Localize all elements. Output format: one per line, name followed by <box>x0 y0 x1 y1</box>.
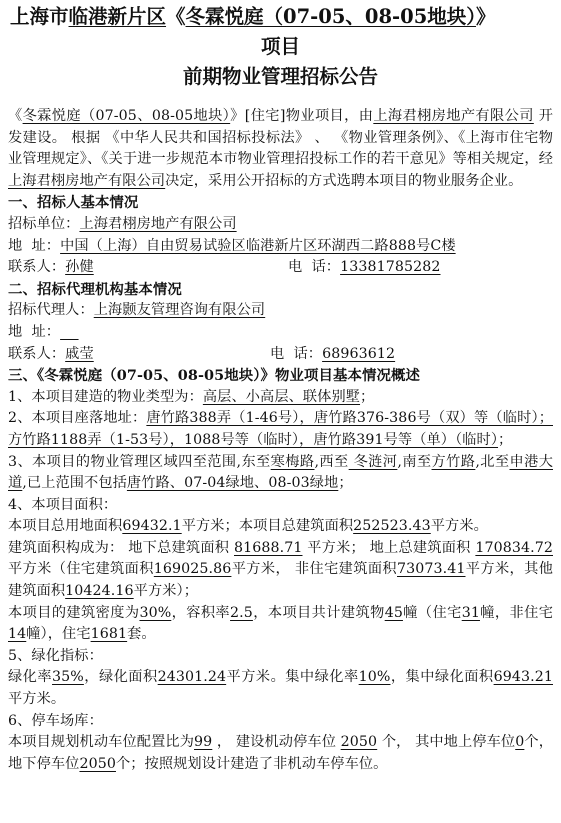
central-green-area-value: 6943.21 <box>494 669 553 685</box>
density-text: 套。 <box>127 626 156 642</box>
area-text: 平方米）； <box>134 583 198 599</box>
section-2-heading: 二、招标代理机构基本情况 <box>8 279 553 301</box>
parking-text: 个， 其中地上停车位 <box>377 734 515 750</box>
item-4-area-breakdown: 建筑面积构成为： 地下总建筑面积 81688.71 平方米； 地上总建筑面积 1… <box>8 538 553 603</box>
density-text: ，本项目共计建筑物 <box>253 605 385 621</box>
boundary-excluded: 唐竹路、07-04绿地、08-03绿地 <box>127 475 338 491</box>
tenderer-unit-label: 招标单位： <box>8 216 79 232</box>
green-text: 平方米。 <box>8 691 65 707</box>
title-district: 临港新片区 <box>69 5 167 28</box>
agent-address-value <box>60 324 78 340</box>
item-3-text: ,西至 <box>315 454 349 470</box>
agent-address-label: 地 址： <box>8 324 60 340</box>
area-text: 平方米；本项目总建筑面积 <box>182 518 353 534</box>
item-4-label: 4、本项目面积： <box>8 495 553 517</box>
above-ground-spaces: 0 <box>515 734 524 750</box>
item-5-label: 5、绿化指标： <box>8 646 553 668</box>
title-line-2: 项目 <box>8 32 553 62</box>
agent-contact-row: 联系人：戚莹 电 话：68963612 <box>8 344 553 366</box>
area-text: 本项目总用地面积 <box>8 518 122 534</box>
intro-text-3: 决定，采用公开招标的方式选聘本项目的物业服务企业。 <box>165 173 522 189</box>
document-body: 《冬霖悦庭（07-05、08-05地块）》[住宅]物业项目，由上海君栩房地产有限… <box>8 106 553 775</box>
agent-phone: 电 话：68963612 <box>270 344 395 366</box>
item-6-label: 6、停车场库： <box>8 711 553 733</box>
item-1-label: 1、本项目建造的物业类型为： <box>8 389 203 405</box>
building-count-value: 45 <box>385 605 403 621</box>
intro-text-1: 》[住宅]物业项目，由 <box>230 108 373 124</box>
agent-address-row: 地 址： <box>8 322 553 344</box>
title-bracket-close: 》 <box>476 5 496 28</box>
tenderer-phone-label: 电 话： <box>288 259 340 275</box>
intro-paragraph: 《冬霖悦庭（07-05、08-05地块）》[住宅]物业项目，由上海君栩房地产有限… <box>8 106 553 192</box>
tenderer-contact-label: 联系人： <box>8 259 65 275</box>
item-3-text: ； <box>338 475 352 491</box>
boundary-south: 方竹路 <box>432 454 476 470</box>
item-6-parking: 本项目规划机动车位配置比为99 ， 建设机动停车位 2050 个， 其中地上停车… <box>8 732 553 775</box>
density-text: 幢（住宅 <box>403 605 462 621</box>
area-text: 平方米（住宅建筑面积 <box>8 561 154 577</box>
tender-notice-page: 上海市临港新片区《冬霖悦庭（07-05、08-05地块）》 项目 前期物业管理招… <box>0 2 561 823</box>
agent-contact: 联系人：戚莹 <box>8 344 270 366</box>
agent-label: 招标代理人： <box>8 302 94 318</box>
boundary-west: 冬涟河 <box>349 454 398 470</box>
parking-text: 本项目规划机动车位配置比为 <box>8 734 194 750</box>
item-3-boundaries: 3、本项目的物业管理区域四至范围,东至寒梅路,西至 冬涟河,南至方竹路,北至申港… <box>8 452 553 495</box>
area-text: 平方米。 <box>431 518 488 534</box>
tenderer-contact-value: 孙健 <box>65 259 94 275</box>
total-building-area-value: 252523.43 <box>353 518 431 534</box>
area-text: 建筑面积构成为： 地下总建筑面积 <box>8 540 234 556</box>
section-1-heading: 一、招标人基本情况 <box>8 192 553 214</box>
tenderer-address-value: 中国（上海）自由贸易试验区临港新片区环湖西二路888号C楼 <box>60 238 456 254</box>
item-3-text: ,北至 <box>475 454 509 470</box>
item-4-density: 本项目的建筑密度为30%，容积率2.5，本项目共计建筑物45幢（住宅31幢，非住… <box>8 603 553 646</box>
density-text: 幢），住宅 <box>26 626 90 642</box>
agent-phone-label: 电 话： <box>270 346 322 362</box>
item-2-address: 2、本项目座落地址：唐竹路388弄（1-46号），唐竹路376-386号（双）等… <box>8 408 553 451</box>
tenderer-address-row: 地 址：中国（上海）自由贸易试验区临港新片区环湖西二路888号C楼 <box>8 236 553 258</box>
item-1-property-type: 1、本项目建造的物业类型为：高层、小高层、联体别墅； <box>8 387 553 409</box>
residential-building-count: 31 <box>462 605 480 621</box>
parking-text: 个；按照规划设计建造了非机动车停车位。 <box>116 756 387 772</box>
title-line-3: 前期物业管理招标公告 <box>8 62 553 92</box>
residential-area-value: 169025.86 <box>154 561 232 577</box>
underground-area-value: 81688.71 <box>234 540 303 556</box>
title-project-name: 冬霖悦庭（07-05、08-05地块） <box>186 5 476 28</box>
parking-text: ， 建设机动停车位 <box>212 734 340 750</box>
central-green-rate-value: 10% <box>359 669 391 685</box>
title-line-1: 上海市临港新片区《冬霖悦庭（07-05、08-05地块）》 <box>8 2 553 32</box>
non-residential-area-value: 73073.41 <box>397 561 466 577</box>
density-text: 幢，非住宅 <box>480 605 553 621</box>
intro-bracket: 《 <box>8 108 23 124</box>
item-4-area-totals: 本项目总用地面积69432.1平方米；本项目总建筑面积252523.43平方米。 <box>8 516 553 538</box>
green-text: 绿化率 <box>8 669 52 685</box>
agent-contact-value: 戚莹 <box>65 346 94 362</box>
tenderer-unit-value: 上海君栩房地产有限公司 <box>79 216 236 232</box>
green-text: 平方米。集中绿化率 <box>226 669 358 685</box>
green-rate-value: 35% <box>52 669 84 685</box>
intro-project-name: 冬霖悦庭（07-05、08-05地块） <box>23 108 231 124</box>
item-3-text: 3、本项目的物业管理区域四至范围,东至 <box>8 454 271 470</box>
tenderer-contact-row: 联系人：孙健 电 话：13381785282 <box>8 257 553 279</box>
underground-spaces: 2050 <box>79 756 116 772</box>
item-1-end: ； <box>360 389 374 405</box>
other-area-value: 10424.16 <box>65 583 134 599</box>
agent-contact-label: 联系人： <box>8 346 65 362</box>
item-3-text: ,南至 <box>397 454 431 470</box>
title-city: 上海市 <box>10 5 69 28</box>
total-parking-spaces: 2050 <box>341 734 378 750</box>
land-area-value: 69432.1 <box>122 518 181 534</box>
building-density-value: 30% <box>139 605 171 621</box>
section-3-heading: 三、《冬霖悦庭（07-05、08-05地块）》物业项目基本情况概述 <box>8 365 553 387</box>
intro-developer: 上海君栩房地产有限公司 <box>373 108 533 124</box>
density-text: 本项目的建筑密度为 <box>8 605 139 621</box>
green-area-value: 24301.24 <box>158 669 227 685</box>
area-text: 平方米， 非住宅建筑面积 <box>231 561 397 577</box>
item-1-value: 高层、小高层、联体别墅 <box>203 389 360 405</box>
intro-developer-2: 上海君栩房地产有限公司 <box>8 173 165 189</box>
area-text: 平方米； 地上总建筑面积 <box>303 540 476 556</box>
tenderer-phone: 电 话：13381785282 <box>288 257 441 279</box>
green-text: ，绿化面积 <box>84 669 158 685</box>
agent-value: 上海颢友管理咨询有限公司 <box>94 302 265 318</box>
plot-ratio-value: 2.5 <box>230 605 253 621</box>
green-text: ，集中绿化面积 <box>390 669 493 685</box>
tenderer-address-label: 地 址： <box>8 238 60 254</box>
non-residential-building-count: 14 <box>8 626 26 642</box>
agent-phone-value: 68963612 <box>322 346 395 362</box>
item-2-end: ； <box>498 432 512 448</box>
residential-unit-count: 1681 <box>91 626 128 642</box>
item-2-label: 2、本项目座落地址： <box>8 410 146 426</box>
aboveground-area-value: 170834.72 <box>475 540 553 556</box>
item-3-text: ,已上范围不包括 <box>22 475 127 491</box>
boundary-east: 寒梅路 <box>271 454 315 470</box>
parking-ratio-value: 99 <box>194 734 212 750</box>
agent-row: 招标代理人：上海颢友管理咨询有限公司 <box>8 300 553 322</box>
tenderer-phone-value: 13381785282 <box>340 259 440 275</box>
tenderer-contact: 联系人：孙健 <box>8 257 288 279</box>
density-text: ，容积率 <box>171 605 230 621</box>
tenderer-unit-row: 招标单位：上海君栩房地产有限公司 <box>8 214 553 236</box>
item-5-greening: 绿化率35%，绿化面积24301.24平方米。集中绿化率10%，集中绿化面积69… <box>8 667 553 710</box>
title-bracket-open: 《 <box>166 5 186 28</box>
